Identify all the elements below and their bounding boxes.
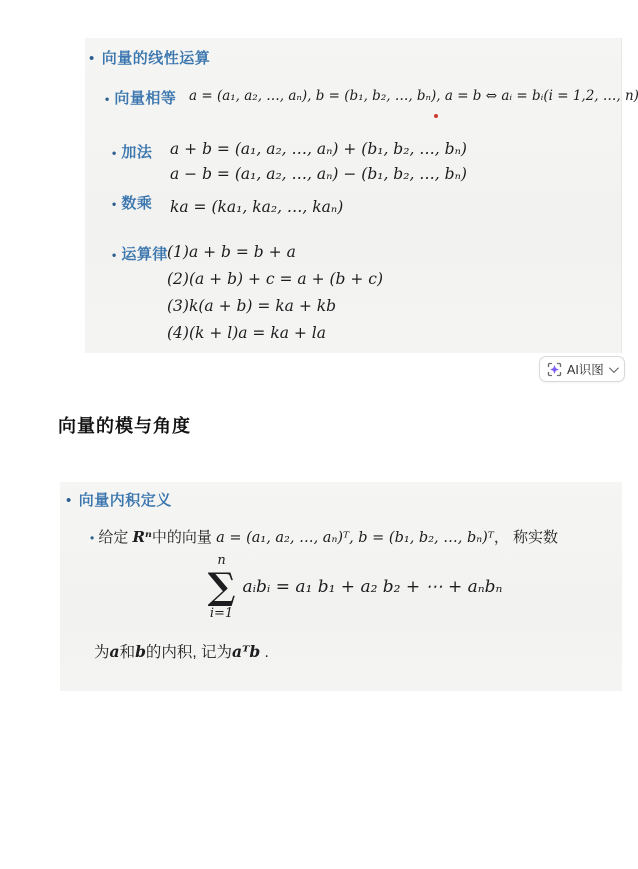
row-equality-label: • 向量相等 xyxy=(105,87,176,108)
row-laws-label: • 运算律 xyxy=(112,243,168,264)
slide2-title: •向量内积定义 xyxy=(66,489,172,510)
bullet-icon: • xyxy=(112,248,117,262)
bullet-icon: • xyxy=(105,92,110,106)
slide2-title-text: 向量内积定义 xyxy=(79,492,172,509)
ai-scan-sparkle-icon xyxy=(547,362,562,377)
row-scalar-label: • 数乘 xyxy=(112,192,152,213)
document-page: •向量的线性运算 • 向量相等 a = (a₁, a₂, …, aₙ), b =… xyxy=(0,0,638,869)
inner-product-given-line: • 给定 Rⁿ中的向量 a = (a₁, a₂, …, aₙ)ᵀ, b = (b… xyxy=(90,526,558,547)
inner-product-closing-line: 为a和b的内积, 记为aᵀb . xyxy=(94,640,269,662)
red-annotation-dot xyxy=(434,114,438,118)
slide-image-inner-product[interactable]: •向量内积定义 • 给定 Rⁿ中的向量 a = (a₁, a₂, …, aₙ)ᵀ… xyxy=(60,482,622,691)
summation-formula: n ∑ i=1 aᵢbᵢ = a₁ b₁ + a₂ b₂ + ⋯ + aₙbₙ xyxy=(60,554,622,620)
ai-button-label: AI识图 xyxy=(567,360,604,378)
addition-formula-1: a + b = (a₁, a₂, …, aₙ) + (b₁, b₂, …, bₙ… xyxy=(170,140,467,158)
equality-formula: a = (a₁, a₂, …, aₙ), b = (b₁, b₂, …, bₙ)… xyxy=(189,88,638,104)
bullet-icon: • xyxy=(66,492,72,509)
sigma-icon: ∑ xyxy=(208,568,236,605)
bullet-icon: • xyxy=(90,531,94,545)
slide-image-vector-linear-ops[interactable]: •向量的线性运算 • 向量相等 a = (a₁, a₂, …, aₙ), b =… xyxy=(85,38,622,353)
law-formula-2: (2)(a + b) + c = a + (b + c) xyxy=(167,270,383,288)
bullet-icon: • xyxy=(112,146,117,160)
section-heading: 向量的模与角度 xyxy=(58,412,191,438)
law-formula-3: (3)k(a + b) = ka + kb xyxy=(167,297,336,315)
sigma-lower-bound: i=1 xyxy=(210,607,233,620)
chevron-down-icon[interactable] xyxy=(609,363,619,373)
ai-image-recognition-button[interactable]: AI识图 xyxy=(539,356,625,382)
slide1-title-text: 向量的线性运算 xyxy=(102,50,211,67)
law-formula-4: (4)(k + l)a = ka + la xyxy=(167,324,326,342)
bullet-icon: • xyxy=(112,197,117,211)
scalar-formula: ka = (ka₁, ka₂, …, kaₙ) xyxy=(170,198,343,216)
sigma-with-bounds: n ∑ i=1 xyxy=(208,554,236,620)
slide1-title: •向量的线性运算 xyxy=(89,47,210,68)
addition-formula-2: a − b = (a₁, a₂, …, aₙ) − (b₁, b₂, …, bₙ… xyxy=(170,165,467,183)
law-formula-1: (1)a + b = b + a xyxy=(167,243,296,261)
row-addition-label: • 加法 xyxy=(112,141,152,162)
summation-body: aᵢbᵢ = a₁ b₁ + a₂ b₂ + ⋯ + aₙbₙ xyxy=(242,577,502,597)
bullet-icon: • xyxy=(89,50,95,67)
